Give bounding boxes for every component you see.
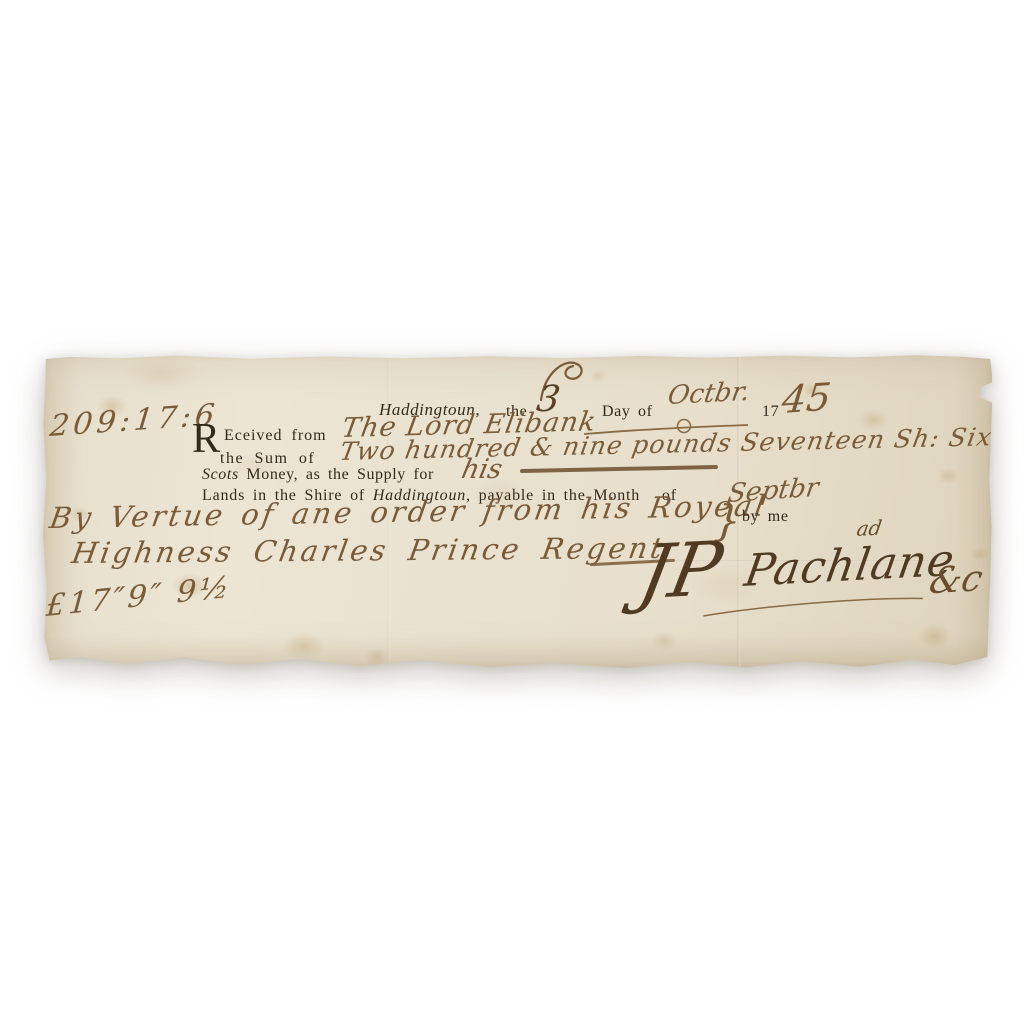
ink-rule-blank-filler <box>520 465 718 473</box>
scots-word: Scots <box>202 466 239 483</box>
received-from-label: Eceived from <box>224 426 327 445</box>
dateline-century-printed: 17 <box>762 402 779 421</box>
signature-superscript: ad <box>855 516 883 540</box>
receipt-paper: 209:17:6 Haddingtoun, the 3 Day of Octbr… <box>42 354 993 668</box>
supply-for-value: his <box>459 455 505 485</box>
photograph-of-receipt: 209:17:6 Haddingtoun, the 3 Day of Octbr… <box>0 0 1024 1024</box>
signature-underline-flourish <box>703 592 925 618</box>
annotation-line-2: Highness Charles Prince Regent <box>69 533 667 570</box>
signature-block: JP Pachlane ad &c <box>639 513 995 661</box>
received-dropcap: R <box>192 418 220 460</box>
money-line-text: Money, as the Supply for <box>246 466 434 483</box>
dateline-month-value: Octbr. <box>666 378 752 411</box>
receipt-paper-wrap: 209:17:6 Haddingtoun, the 3 Day of Octbr… <box>42 354 993 668</box>
dateline-year-value: 45 <box>780 377 833 422</box>
signature-suffix: &c <box>926 559 986 602</box>
scots-money-line: Scots Money, as the Supply for <box>202 465 434 484</box>
signature-name: Pachlane <box>741 537 958 597</box>
marginalia-sterling-total: £17″9″ 9½ <box>45 571 233 623</box>
signature-initials: JP <box>633 529 728 616</box>
